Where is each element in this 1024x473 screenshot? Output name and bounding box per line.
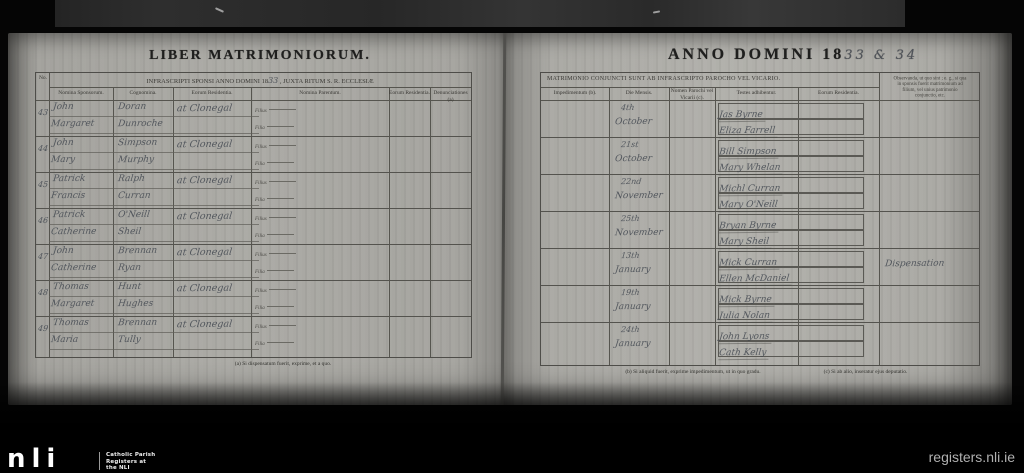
microfilm-frame: LIBER MATRIMONIORUM. No. INFRASCRIPTI SP… <box>0 0 1024 473</box>
right-page-title: ANNO DOMINI 1833 & 34 <box>668 46 898 64</box>
left-footnote: (a) Si dispensatum fuerit, exprime, et a… <box>183 361 383 367</box>
blank-rule <box>267 234 294 235</box>
parent-label-filia: Filia <box>255 270 294 275</box>
marriage-entry-row: 46 Patrick O'Neill at Clonegal Catherine… <box>36 208 471 245</box>
blank-rule <box>267 162 294 163</box>
groom-name: Patrick <box>52 174 85 184</box>
no-column-header: No. <box>37 75 49 81</box>
blank-rule <box>269 217 296 218</box>
witness-cell: Mary O'Neill <box>718 193 864 209</box>
residence: at Clonegal <box>176 247 232 259</box>
witness-cell: Ellen McDaniel <box>718 267 864 283</box>
bride-name: Francis <box>50 191 85 201</box>
bride-name: Margaret <box>50 299 94 309</box>
right-footnote-b: (b) Si aliquid fuerit, exprime impedimen… <box>593 369 793 375</box>
parent-label-filia: Filia <box>255 126 294 131</box>
marriage-entry-detail-row: 24th January John Lyons Cath Kelly <box>541 322 979 359</box>
col-header-residentia: Eorum Residentia. <box>798 90 879 97</box>
marriage-entry-detail-row: 13th January Mick Curran Ellen McDaniel … <box>541 248 979 286</box>
groom-surname: Doran <box>117 102 146 112</box>
entry-number: 49 <box>37 324 48 333</box>
left-page-title: LIBER MATRIMONIORUM. <box>130 48 390 64</box>
bride-surname: Sheil <box>117 227 141 237</box>
subtitle-year-handwritten: 33 <box>268 76 278 85</box>
day: 21st <box>620 140 639 149</box>
day: 25th <box>620 214 640 223</box>
groom-surname: Brennan <box>117 246 157 256</box>
nli-caption: Catholic Parish Registers at the NLI <box>106 452 155 472</box>
marriage-entry-row: 45 Patrick Ralph at Clonegal Francis Cur… <box>36 172 471 209</box>
witness-cell: Bryan Byrne <box>718 214 864 230</box>
entry-number: 43 <box>37 108 48 117</box>
marriage-entry-detail-row: 21st October Bill Simpson Mary Whelan <box>541 137 979 175</box>
blank-rule <box>269 289 296 290</box>
previous-frame-edge <box>55 0 905 27</box>
col-header-die-mensis: Die Mensis. <box>609 90 669 97</box>
parent-label-filia: Filia <box>255 306 294 311</box>
parent-label-filia: Filia <box>255 162 294 167</box>
marriage-entry-detail-row: 4th October Jas Byrne Eliza Farrell <box>541 100 979 138</box>
col-header-testes: Testes adhibentur. <box>715 90 798 97</box>
col-header-residentia2: Eorum Residentia. <box>389 90 430 97</box>
groom-name: John <box>52 246 74 256</box>
bride-name: Catherine <box>50 263 96 273</box>
marriage-entry-detail-row: 22nd November Michl Curran Mary O'Neill <box>541 174 979 212</box>
right-band-text: MATRIMONIO CONJUNCTI SUNT AB INFRASCRIPT… <box>541 76 885 82</box>
groom-name: Thomas <box>52 282 89 292</box>
month: November <box>614 191 663 202</box>
blank-rule <box>269 253 296 254</box>
nli-caption-line: Catholic Parish <box>106 452 155 459</box>
bride-name: Catherine <box>50 227 96 237</box>
parent-label-filius: Filius <box>255 289 296 294</box>
bride-name: Maria <box>50 335 78 345</box>
parent-label-filia: Filia <box>255 198 294 203</box>
witness-cell: Julia Nolan <box>718 304 864 320</box>
month: October <box>614 154 652 165</box>
day: 4th <box>620 103 634 112</box>
observanda-note: Observanda, ut quo sint ; e. g., si qua … <box>891 76 968 99</box>
marriage-entry-detail-row: 19th January Mick Byrne Julia Nolan <box>541 285 979 323</box>
blank-rule <box>269 325 296 326</box>
parent-label-filius: Filius <box>255 109 296 114</box>
marriage-entry-row: 44 John Simpson at Clonegal Mary Murphy … <box>36 136 471 173</box>
left-register-table: No. INFRASCRIPTI SPONSI ANNO DOMINI 1833… <box>35 72 472 358</box>
residence: at Clonegal <box>176 283 232 295</box>
day: 13th <box>620 251 640 260</box>
groom-name: Thomas <box>52 318 89 328</box>
marriage-entry-row: 49 Thomas Brennan at Clonegal Maria Tull… <box>36 316 471 352</box>
entry-number: 44 <box>37 144 48 153</box>
residence: at Clonegal <box>176 175 232 187</box>
book-fold <box>501 33 507 405</box>
groom-surname: Ralph <box>117 174 145 184</box>
witness-cell: Mary Sheil <box>718 230 864 246</box>
bride-name: Margaret <box>50 119 94 129</box>
entry-number: 46 <box>37 216 48 225</box>
blank-rule <box>269 181 296 182</box>
marriage-entry-detail-row: 25th November Bryan Byrne Mary Sheil <box>541 211 979 249</box>
groom-surname: Brennan <box>117 318 157 328</box>
witness-2: Cath Kelly <box>718 348 770 361</box>
parent-label-filius: Filius <box>255 145 296 150</box>
blank-rule <box>267 306 294 307</box>
right-footnote-c: (c) Si ab alio, inseratur ejus deputatio… <box>778 369 953 375</box>
month: January <box>614 265 651 276</box>
col-header-parentum: Nomina Parentum. <box>251 90 389 97</box>
register-book-spread: LIBER MATRIMONIORUM. No. INFRASCRIPTI SP… <box>8 33 1012 405</box>
groom-name: Patrick <box>52 210 85 220</box>
entry-number: 48 <box>37 288 48 297</box>
witness-cell: Eliza Farrell <box>718 119 864 135</box>
marriage-entry-row: 43 John Doran at Clonegal Margaret Dunro… <box>36 100 471 137</box>
col-header-impedimentum: Impedimentum (b). <box>541 90 609 97</box>
witness-cell: Cath Kelly <box>718 341 864 357</box>
blank-rule <box>269 109 296 110</box>
film-scratch <box>653 10 660 13</box>
subtitle-printed: INFRASCRIPTI SPONSI ANNO DOMINI 18 <box>146 78 268 85</box>
title-year-handwritten: 33 & 34 <box>844 48 918 63</box>
day: 19th <box>620 288 640 297</box>
bride-surname: Ryan <box>117 263 141 273</box>
month: January <box>614 339 651 350</box>
logo-divider <box>99 452 100 470</box>
col-header-sponsorum: Nomina Sponsorum. <box>49 90 113 97</box>
witness-cell: Michl Curran <box>718 177 864 193</box>
groom-name: John <box>52 102 74 112</box>
nli-caption-line: the NLI <box>106 465 155 472</box>
groom-surname: Hunt <box>117 282 141 292</box>
groom-surname: O'Neill <box>117 210 150 220</box>
parent-label-filius: Filius <box>255 253 296 258</box>
blank-rule <box>267 270 294 271</box>
residence: at Clonegal <box>176 319 232 331</box>
residence: at Clonegal <box>176 139 232 151</box>
blank-rule <box>267 126 294 127</box>
parent-label-filius: Filius <box>255 325 296 330</box>
col-header-residentia: Eorum Residentia. <box>173 90 251 97</box>
film-vignette <box>0 382 1024 432</box>
site-url: registers.nli.ie <box>929 449 1015 465</box>
witness-cell: Bill Simpson <box>718 140 864 156</box>
film-scratch <box>215 7 224 12</box>
parent-label-filia: Filia <box>255 234 294 239</box>
bride-surname: Tully <box>117 335 141 345</box>
witness-cell: Mary Whelan <box>718 156 864 172</box>
bride-surname: Dunroche <box>117 119 163 129</box>
nli-logo: nli <box>7 447 61 471</box>
groom-surname: Simpson <box>117 138 157 148</box>
marriage-entry-row: 48 Thomas Hunt at Clonegal Margaret Hugh… <box>36 280 471 317</box>
blank-rule <box>267 342 294 343</box>
bride-surname: Curran <box>117 191 151 201</box>
col-header-cognomina: Cognomina. <box>113 90 173 97</box>
marriage-entry-row: 47 John Brennan at Clonegal Catherine Ry… <box>36 244 471 281</box>
witness-cell: Jas Byrne <box>718 103 864 119</box>
entry-number: 45 <box>37 180 48 189</box>
groom-name: John <box>52 138 74 148</box>
month: November <box>614 228 663 239</box>
bride-surname: Murphy <box>117 155 154 165</box>
witness-cell: Mick Curran <box>718 251 864 267</box>
entry-number: 47 <box>37 252 48 261</box>
witness-cell: John Lyons <box>718 325 864 341</box>
bride-surname: Hughes <box>117 299 153 309</box>
witness-cell: Mick Byrne <box>718 288 864 304</box>
left-subtitle: INFRASCRIPTI SPONSI ANNO DOMINI 1833 , J… <box>49 76 471 85</box>
subtitle-tail: , JUXTA RITUM S. R. ECCLESIÆ <box>278 78 373 85</box>
month: October <box>614 117 652 128</box>
day: 22nd <box>620 177 641 186</box>
blank-rule <box>269 145 296 146</box>
observanda-entry: Dispensation <box>884 259 944 270</box>
right-register-table: MATRIMONIO CONJUNCTI SUNT AB INFRASCRIPT… <box>540 72 980 366</box>
parent-label-filius: Filius <box>255 181 296 186</box>
residence: at Clonegal <box>176 211 232 223</box>
day: 24th <box>620 325 640 334</box>
parent-label-filia: Filia <box>255 342 294 347</box>
bride-name: Mary <box>50 155 75 165</box>
month: January <box>614 302 651 313</box>
parent-label-filius: Filius <box>255 217 296 222</box>
blank-rule <box>267 198 294 199</box>
residence: at Clonegal <box>176 103 232 115</box>
